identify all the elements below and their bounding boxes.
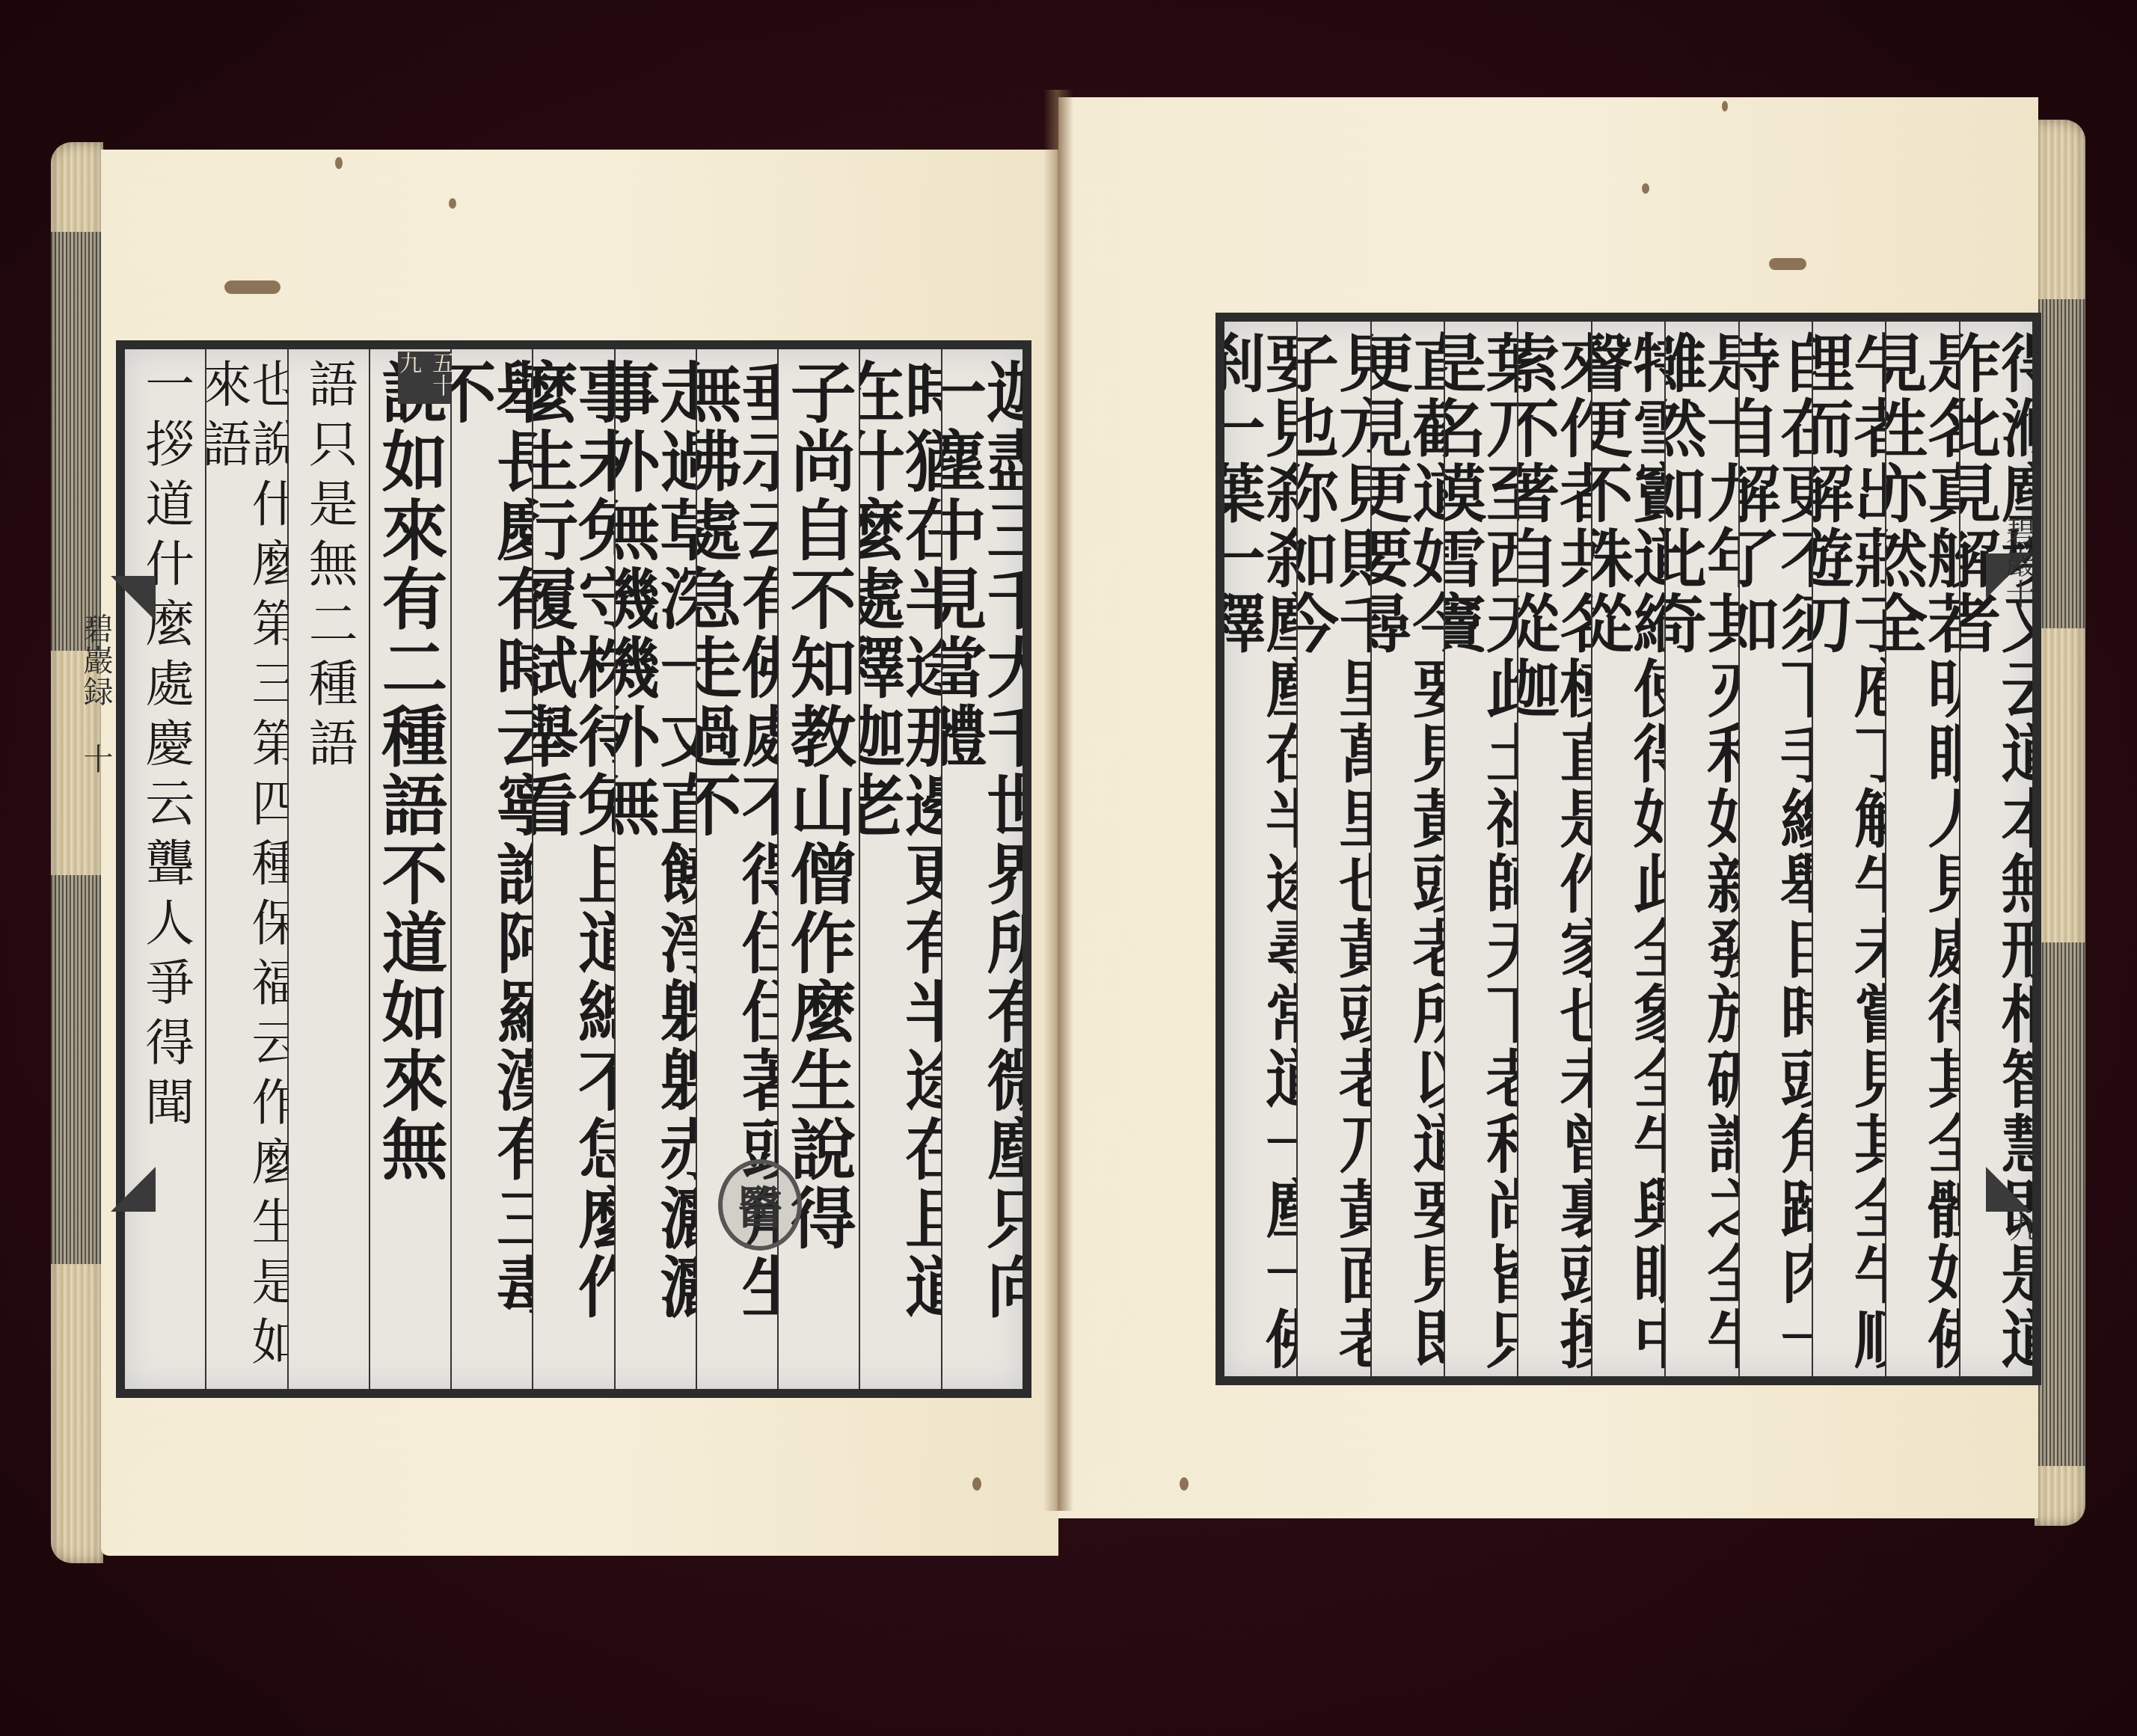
text-column: 事未免守株待兔且道總不恁麼作麼生行履試舉看 xyxy=(532,349,613,1389)
worm-hole xyxy=(335,157,343,169)
left-text-columns: 迦盡三千大千世界所有微塵只向一塵中見當體 時猶在半途那邊更有半途在且道在什麼處釋… xyxy=(125,349,1022,1389)
edge-ink-bottom xyxy=(51,875,103,1264)
text-column: 直截道如今要見黃頭老所以道要見即便見更要尋 xyxy=(1370,322,1444,1376)
seal-stamp: 醫 xyxy=(718,1159,802,1251)
stain-mark xyxy=(224,280,280,294)
worm-hole xyxy=(1722,101,1728,111)
edge-ink-bottom xyxy=(2035,942,2085,1466)
edge-ink-top xyxy=(51,232,103,651)
text-column: 特雪竇道縱使得如此全象全牛與眼中瞖更不殊從 xyxy=(1591,322,1664,1376)
text-column: 見方見則千里萬里也黃頭老乃黃面老子也你如今 xyxy=(1296,322,1370,1376)
worm-hole xyxy=(1180,1477,1189,1491)
text-column: 自在更不須下手纔舉目時頭角蹄肉一時自解了如 xyxy=(1738,322,1812,1376)
text-column-annotation: 一拶道什麼處慶云聾人爭得聞 xyxy=(125,349,205,1389)
stain-mark xyxy=(1769,258,1806,270)
text-column: 葉乃至西天此土祖師天下老和尚皆只是名模雪竇 xyxy=(1444,322,1517,1376)
text-column: 走過草深一丈直饒淨躶躶赤灑灑事外無機機外無 xyxy=(614,349,696,1389)
text-column: 牛者出莊子庖丁解牛未嘗見其全牛順理而解遊刃 xyxy=(1812,322,1885,1376)
worm-hole xyxy=(1642,183,1649,194)
text-column: 要見刹刹塵塵在半途尋常道一塵一佛刹一葉一釋 xyxy=(1224,322,1296,1376)
left-page-print-block: 迦盡三千大千世界所有微塵只向一塵中見當體 時猶在半途那邊更有半途在且道在什麼處釋… xyxy=(116,340,1031,1398)
text-column: 來作者共名模直是作家也未曾裏頭摸索不著自從迦 xyxy=(1517,322,1590,1376)
text-column: 迦盡三千大千世界所有微塵只向一塵中見當體 xyxy=(941,349,1022,1389)
text-column-annotation: 也說什麼第三第四種保福云作麼生是如來語 xyxy=(205,349,286,1389)
right-page-print-block: 得滌塵埃又云道本無形相智慧即是道作此見解者 是名真般若明眼人見處得其全體如佛見性… xyxy=(1215,313,2041,1385)
page-number-tag: 五十九 xyxy=(398,352,450,404)
book-gutter xyxy=(1043,90,1073,1511)
right-text-columns: 得滌塵埃又云道本無形相智慧即是道作此見解者 是名真般若明眼人見處得其全體如佛見性… xyxy=(1224,322,2032,1376)
text-column: 是十九年其刃利如新發於硎謂之全牛雖然如此奇 xyxy=(1664,322,1738,1376)
text-column: 舉長慶有時云寧說阿羅漢有三毒不 xyxy=(450,349,532,1389)
right-margin-title: 碧巖十 xyxy=(1997,516,2040,610)
left-page-edges xyxy=(51,142,103,1563)
text-column: 是名真般若明眼人見處得其全體如佛見性亦然全 xyxy=(1885,322,1958,1376)
worm-hole xyxy=(449,198,456,209)
edge-ink-top xyxy=(2035,299,2085,628)
text-column: 說如來有二種語不道如來無 xyxy=(369,349,450,1389)
left-margin-title: 碧巖録 十 xyxy=(75,613,117,775)
text-column: 時猶在半途那邊更有半途在且道在什麼處釋迦老 xyxy=(859,349,940,1389)
text-column-annotation: 語只是無二種語 xyxy=(287,349,369,1389)
right-margin-folio: 九 xyxy=(2001,1212,2044,1243)
right-page-edges xyxy=(2035,120,2085,1526)
worm-hole xyxy=(972,1477,981,1491)
